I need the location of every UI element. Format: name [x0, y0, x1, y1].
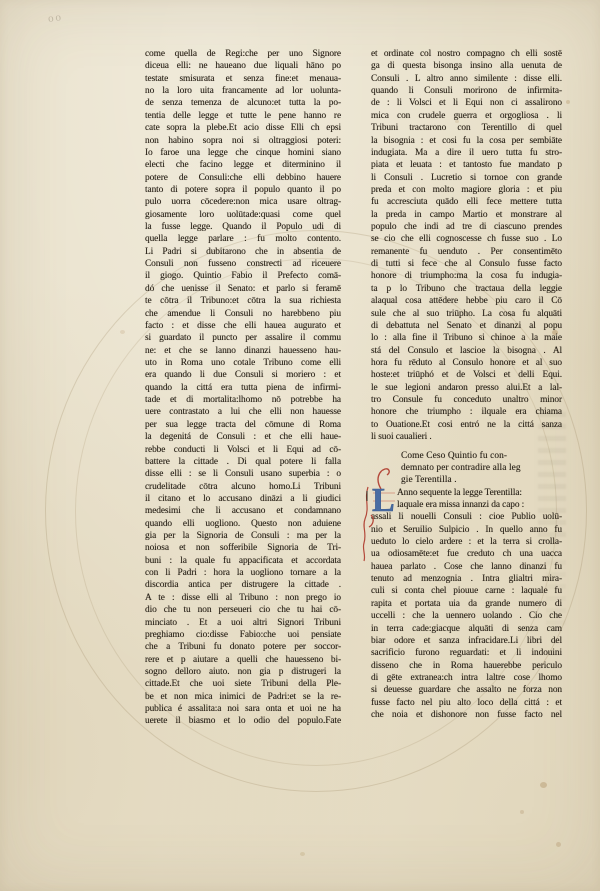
- text-line: lo : alla fine il Tribuno si chinoe a la…: [371, 332, 562, 344]
- text-line: mica con crudele guerra et orgogliosa . …: [371, 110, 562, 122]
- text-line: con li Padri : hora la uogliono tornare …: [145, 567, 341, 579]
- text-line: alaqual cosa attēdere hebbe piu caro il …: [371, 295, 562, 307]
- text-line: facto : et disse che elli hauea augurato…: [145, 320, 341, 332]
- text-line: si guardato il puncto per assalire il co…: [145, 332, 341, 344]
- text-line: piata et leuata : et tantosto fue mandat…: [371, 159, 562, 171]
- text-line: la bisognia : et cosi fu la cosa per sem…: [371, 135, 562, 147]
- text-line: disseno che in Roma hauerebbe periculo: [371, 660, 562, 672]
- text-line: sacrificio furono reguardati: et li indo…: [371, 647, 562, 659]
- text-line: Consuli non fusseno constrecti ad riceue…: [145, 258, 341, 270]
- text-line: ga di questa bisonga insino alla uenuta …: [371, 60, 562, 72]
- text-line: assali li nouelli Consuli : cioe Publio …: [371, 511, 562, 523]
- foxing-spot: [520, 810, 524, 814]
- text-line: indugiata. Ma a dire il uero tutta fu st…: [371, 147, 562, 159]
- text-line: Come Ceso Quintio fu con-: [401, 450, 562, 462]
- text-line: il giogo. Quintio Fabio il Prefecto comā…: [145, 270, 341, 282]
- text-line: diceua elli: ne haueano due liquali hāno…: [145, 60, 341, 72]
- text-line: giosamente loro uolūtade:quasi come quel: [145, 209, 341, 221]
- text-line: battere la cittade . Di qual potere li f…: [145, 456, 341, 468]
- text-line: uto in Roma uno cotale Tribuno come elli: [145, 357, 341, 369]
- text-line: no la loro uita francamente ad lor uolun…: [145, 85, 341, 97]
- text-line: quella legge parlare : fu molto contento…: [145, 233, 341, 245]
- text-line: pulo uorra cōcedere:non mica usare oltra…: [145, 196, 341, 208]
- text-line: non habino sopra noi si oltraggiosi pote…: [145, 135, 341, 147]
- text-column-left: come quella de Regi:che per uno Signored…: [145, 48, 341, 728]
- text-line: in terra cade:giacque alquāti di senza c…: [371, 623, 562, 635]
- text-line: honore che triumpho : ilquale era chiama: [371, 406, 562, 418]
- foxing-spot: [556, 842, 561, 847]
- text-line: stá del Consulo et lascioe la bisogna . …: [371, 345, 562, 357]
- text-line: rere et p aiutare a quelli che hauesseno…: [145, 654, 341, 666]
- text-line: rebbe conducti li Volsci et li Equi ad c…: [145, 444, 341, 456]
- text-line: si deuesse guardare che assalto ne forza…: [371, 684, 562, 696]
- text-line: populo che indi ad tre di ciascuno prend…: [371, 221, 562, 233]
- text-line: tro Consule fu conceduto unaltro minor: [371, 394, 562, 406]
- text-line: uere contrastato a lui che elli non haue…: [145, 406, 341, 418]
- text-line: fu accresciuta quādo elli fece mettere t…: [371, 196, 562, 208]
- text-line: ne: et che se lanno dinanzi hauesseno ha…: [145, 345, 341, 357]
- text-line: hoste:et triūphó et de Volsci et delli E…: [371, 369, 562, 381]
- text-line: gia per la Signoria de Consuli : ma per …: [145, 530, 341, 542]
- text-line: remanente fu uenduto . Per consentimēto: [371, 246, 562, 258]
- text-line: Io faroe una legge che cinque homini sia…: [145, 147, 341, 159]
- text-line: le sue legioni andaron presso alui.Et a …: [371, 382, 562, 394]
- text-line: uccelli : che la uennero uolando . Cio c…: [371, 610, 562, 622]
- text-line: crudelitade cōtra alcuno homo.Li Tribuni: [145, 481, 341, 493]
- text-line: il citano et lo accusano dināzi a li giu…: [145, 493, 341, 505]
- text-line: medesimi che li accusano et condamnano: [145, 505, 341, 517]
- text-line: preghiamo cio:disse Fabio:che uoi pensia…: [145, 629, 341, 641]
- text-line: laquale era missa innanzi da capo :: [397, 499, 562, 511]
- text-line: di gēte extranea:ch intra laltre cose lh…: [371, 672, 562, 684]
- chapter-heading: Come Ceso Quintio fu con-demnato per con…: [401, 450, 562, 487]
- illuminated-initial-L: L: [361, 467, 399, 563]
- text-line: tanto di potere sopra il populo quanto i…: [145, 184, 341, 196]
- text-line: era quando li due Consuli si moriero : e…: [145, 369, 341, 381]
- text-line: di tutti si fece che al Consulo fusse fa…: [371, 258, 562, 270]
- drop-cap-indented-lines: Anno sequente la legge Terentilla:laqual…: [397, 487, 562, 512]
- text-line: sogno delloro aiuto. non gia p distruger…: [145, 666, 341, 678]
- text-line: potere de Consuli:che elli debbino hauer…: [145, 172, 341, 184]
- text-line: minciato . Et a uoi altri Signori Tribun…: [145, 617, 341, 629]
- text-line: di debattuta nel Senato et dinanzi al po…: [371, 320, 562, 332]
- text-line: quando elli uogliono. Questo non aduiene: [145, 518, 341, 530]
- text-line: ua odiosamēte:et fue creduto ch una uacc…: [371, 548, 562, 560]
- text-line: Tribuni tractarono con Terentillo di que…: [371, 122, 562, 134]
- text-line: dio che tu non perseueri cio che tu hai …: [145, 604, 341, 616]
- text-line: preda et con molto magiore gloria : et p…: [371, 184, 562, 196]
- text-line: buni : la quale fu appacificata et accor…: [145, 555, 341, 567]
- text-line: la fusse legge. Quando il Populo udi di: [145, 221, 341, 233]
- text-line: la preda in campo Martio et monstrare al: [371, 209, 562, 221]
- text-line: quando la cittá era tutta piena de infir…: [145, 382, 341, 394]
- text-line: tentia delle legge et tutte le pene hann…: [145, 110, 341, 122]
- paragraph-terentilla-body: assali li nouelli Consuli : cioe Publio …: [371, 511, 562, 721]
- text-line: noiosa et non sofferibile Signoria de Tr…: [145, 542, 341, 554]
- text-line: se cio che elli cognoscesse ch fusse suo…: [371, 233, 562, 245]
- text-line: ta p lo Tribuno che tractaua della leggi…: [371, 283, 562, 295]
- text-line: sule che al suo triūpho. La cosa fu alqu…: [371, 308, 562, 320]
- text-line: testate smisurata et senza fine:et menau…: [145, 73, 341, 85]
- text-line: biar odore et sanza infracidare.Li libri…: [371, 635, 562, 647]
- text-line: cittade.Et che uoi siete Tribuni della P…: [145, 678, 341, 690]
- book-page: oo come quella de Regi:che per uno Signo…: [0, 0, 600, 891]
- text-line: de : li Volsci et li Equi non ci assalir…: [371, 97, 562, 109]
- text-line: come quella de Regi:che per uno Signore: [145, 48, 341, 60]
- text-line: uerete il biasmo et lo odio del populo.F…: [145, 715, 341, 727]
- text-line: be et non mica inimici de Padri:et se la…: [145, 691, 341, 703]
- drop-cap-letter: L: [372, 482, 395, 519]
- text-line: honore di triumpho:ma la cosa fu indugia…: [371, 270, 562, 282]
- text-line: gie Terentilla .: [401, 474, 562, 486]
- text-line: disse elli : se li Consuli usano superbi…: [145, 468, 341, 480]
- text-line: to Ouatione.Et cosi entró ne la cittá sa…: [371, 419, 562, 431]
- text-line: li suoi caualieri .: [371, 431, 562, 443]
- text-line: te cōtra il Tribuno:et cōtra la sua rich…: [145, 295, 341, 307]
- text-line: cate sopra la plebe.Et acio disse Elli c…: [145, 122, 341, 134]
- text-line: che noia et dishonore non fusse facto ne…: [371, 709, 562, 721]
- text-line: fusse facto nel piu alto loco della citt…: [371, 697, 562, 709]
- text-line: publica é assalita:a noi sara onta et uo…: [145, 703, 341, 715]
- text-line: che amendue li Consuli no harebbeno piu: [145, 308, 341, 320]
- text-line: discordia antica per distrugere la citta…: [145, 579, 341, 591]
- text-column-right: et ordinate col nostro compagno ch elli …: [371, 48, 562, 721]
- text-line: Consuli . L altro anno similente : disse…: [371, 73, 562, 85]
- text-line: et ordinate col nostro compagno ch elli …: [371, 48, 562, 60]
- text-line: per sua legge tracta del cōmune di Roma: [145, 419, 341, 431]
- text-line: Li Padri si dubitarono che in absentia d…: [145, 246, 341, 258]
- text-line: la degenitá de Consuli : et che elli hau…: [145, 431, 341, 443]
- text-line: nio et Seruilio Sulpicio . In quello ann…: [371, 524, 562, 536]
- text-line: rapita et portata uia da grande numero d…: [371, 598, 562, 610]
- text-line: che a Tribuni fu donato potere per socco…: [145, 641, 341, 653]
- text-line: culi si conta chel piouue carne : laqual…: [371, 585, 562, 597]
- foxing-spot: [300, 852, 305, 856]
- text-line: A te : disse elli al Tribuno : non prego…: [145, 592, 341, 604]
- foxing-spot: [540, 782, 547, 788]
- text-line: Anno sequente la legge Terentilla:: [397, 487, 562, 499]
- text-line: dó che uenisse il Senato: et parlo si fe…: [145, 283, 341, 295]
- foxing-spot: [120, 330, 125, 334]
- foxing-spot: [566, 100, 570, 104]
- text-line: tade et di mortalita:lhomo nō potrebbe h…: [145, 394, 341, 406]
- text-line: hauea parlato . Cose che lanno dinanzi f…: [371, 561, 562, 573]
- pencil-mark: oo: [47, 11, 64, 25]
- text-line: quando li Consuli morirono de infirmita-: [371, 85, 562, 97]
- text-line: ueduto lo cielo ardere : et la terra si …: [371, 536, 562, 548]
- paragraph-triumph: et ordinate col nostro compagno ch elli …: [371, 48, 562, 444]
- text-line: tenuto ad menzognia . Intra glialtri mir…: [371, 573, 562, 585]
- text-line: li Consuli . Lucretio si tornoe con gran…: [371, 172, 562, 184]
- text-line: demnato per contradire alla leg: [401, 462, 562, 474]
- paragraph-terentilla: L Anno sequente la legge Terentilla:laqu…: [371, 487, 562, 722]
- text-line: electi che facino legge et diterminino i…: [145, 159, 341, 171]
- text-line: de senza temenza de alcuno:et tutta la p…: [145, 97, 341, 109]
- text-line: hora fu rēduto al Consulo honore et al s…: [371, 357, 562, 369]
